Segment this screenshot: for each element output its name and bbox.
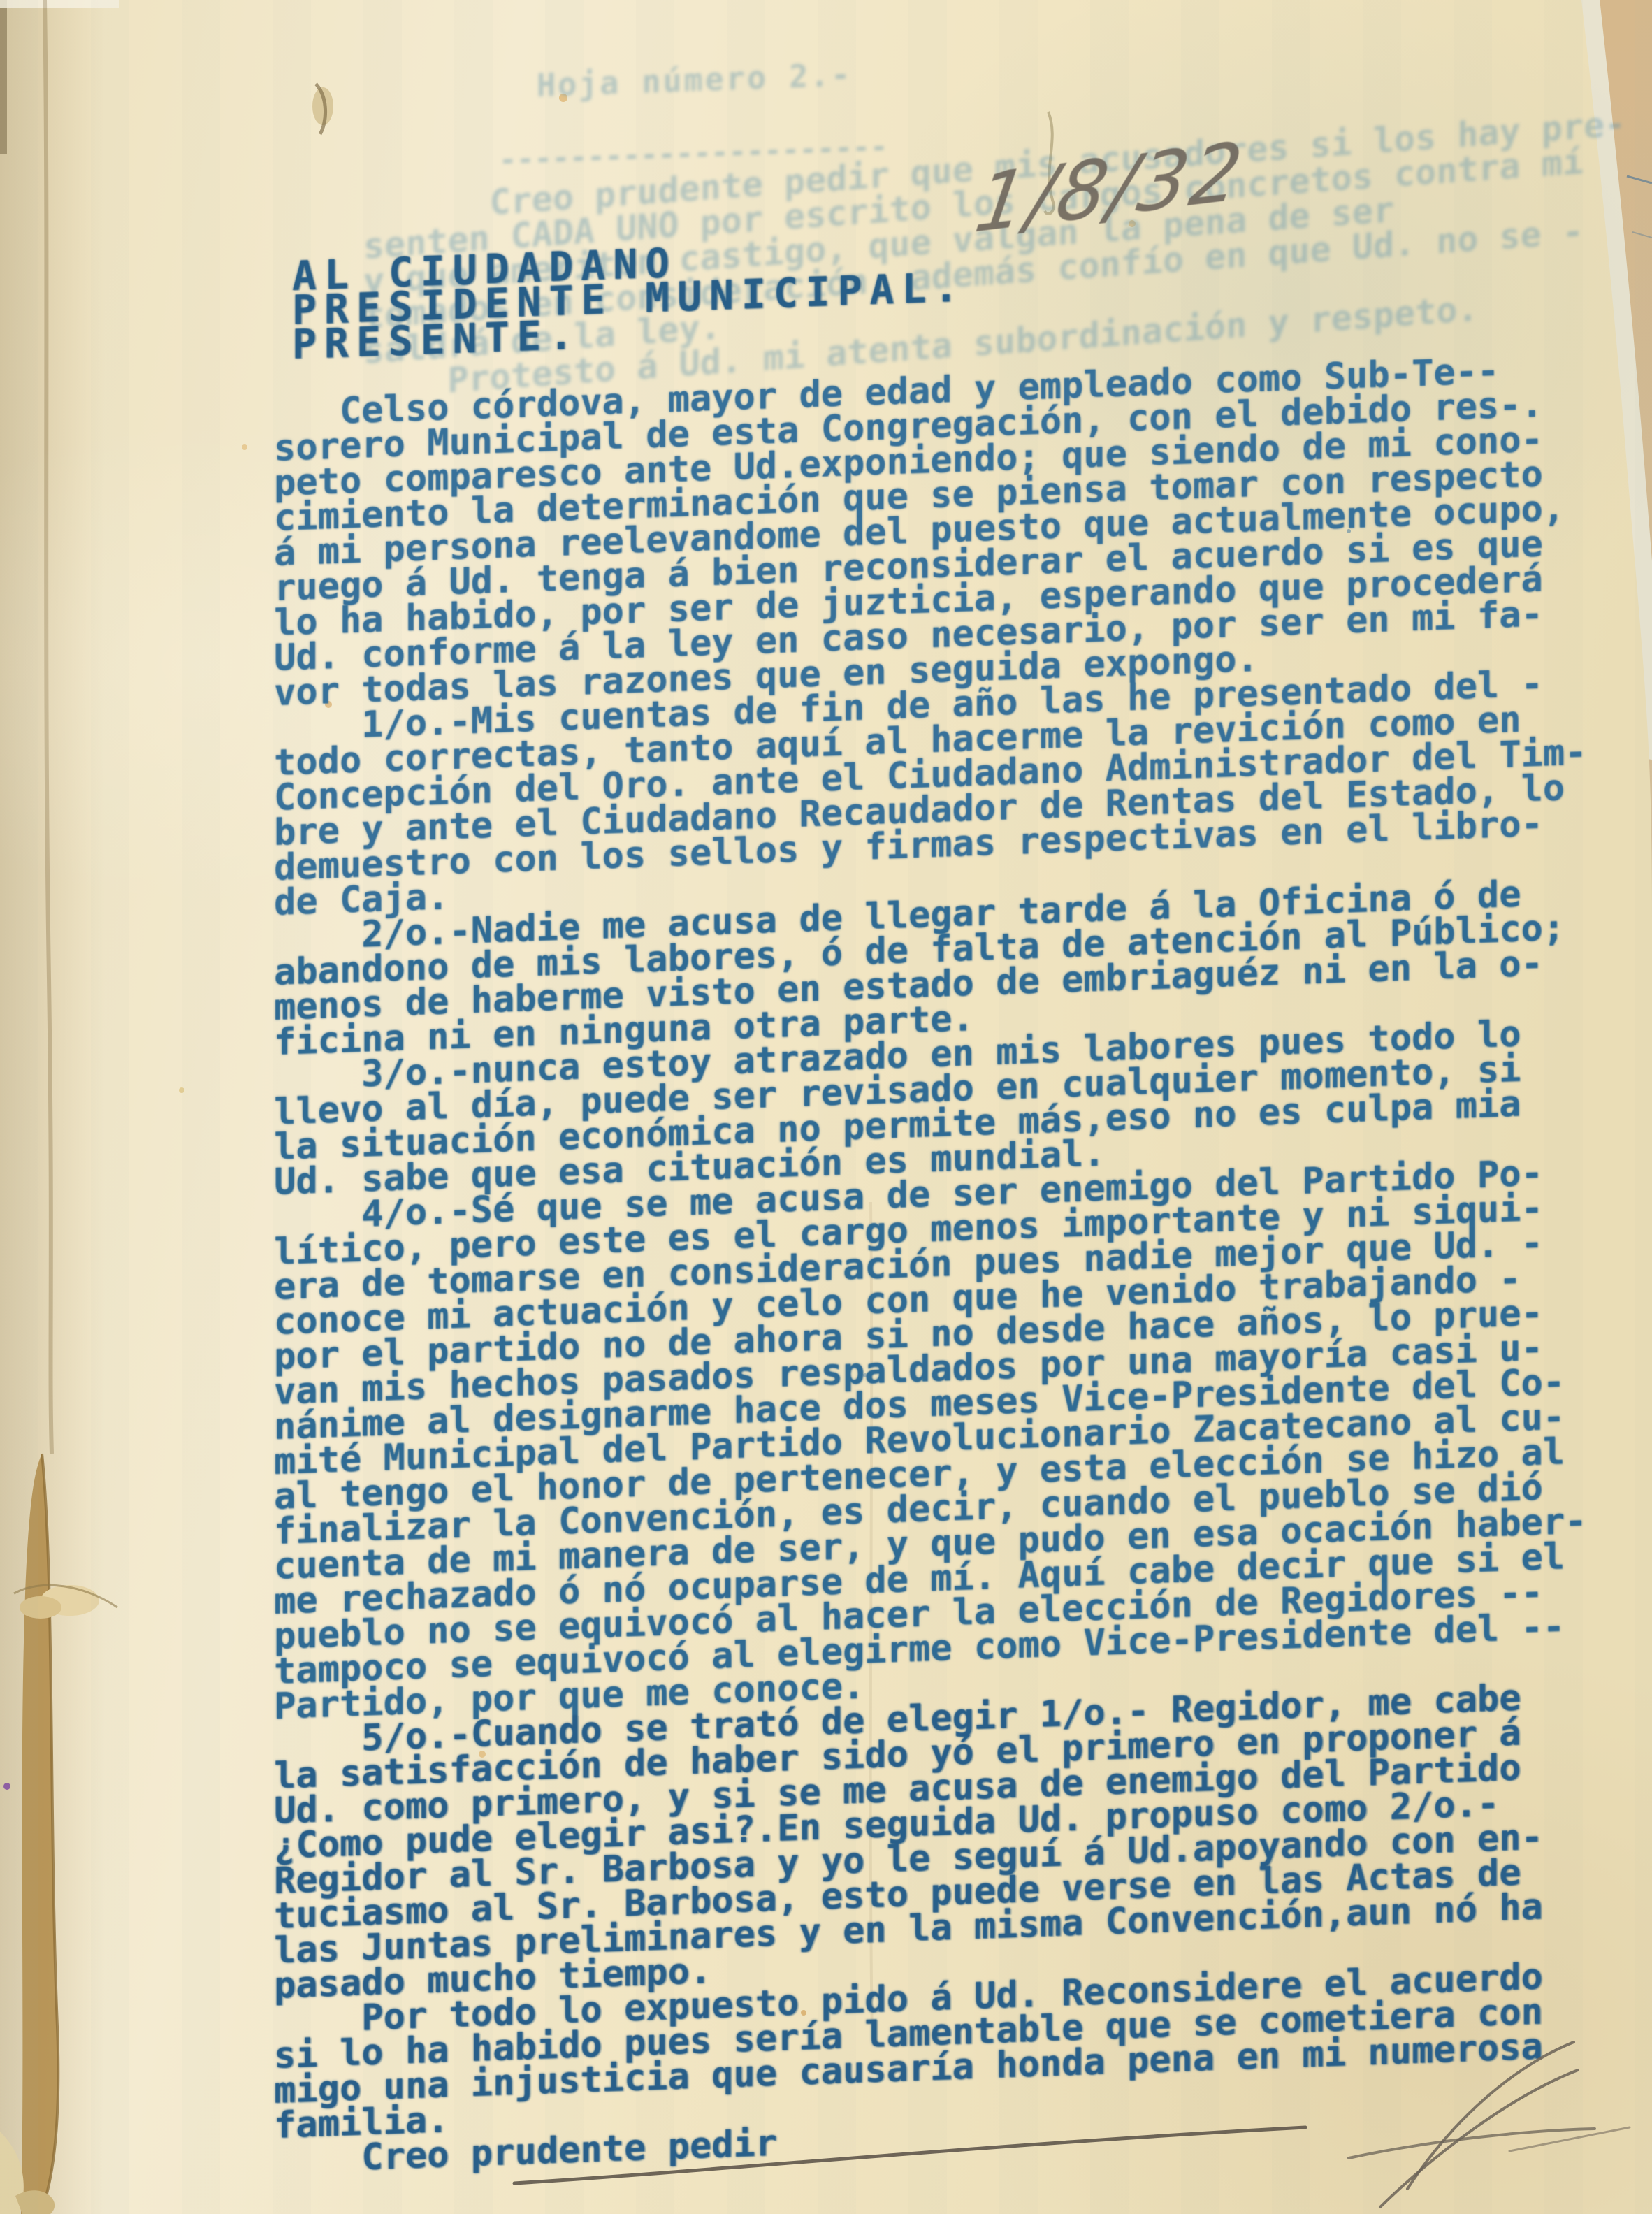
pencil-marks (0, 0, 1652, 2214)
pencil-underline (514, 2127, 1305, 2183)
pencil-flourish (1349, 2042, 1630, 2207)
scanned-document-page: Hoja número 2.- ---------------------- C… (0, 0, 1652, 2214)
